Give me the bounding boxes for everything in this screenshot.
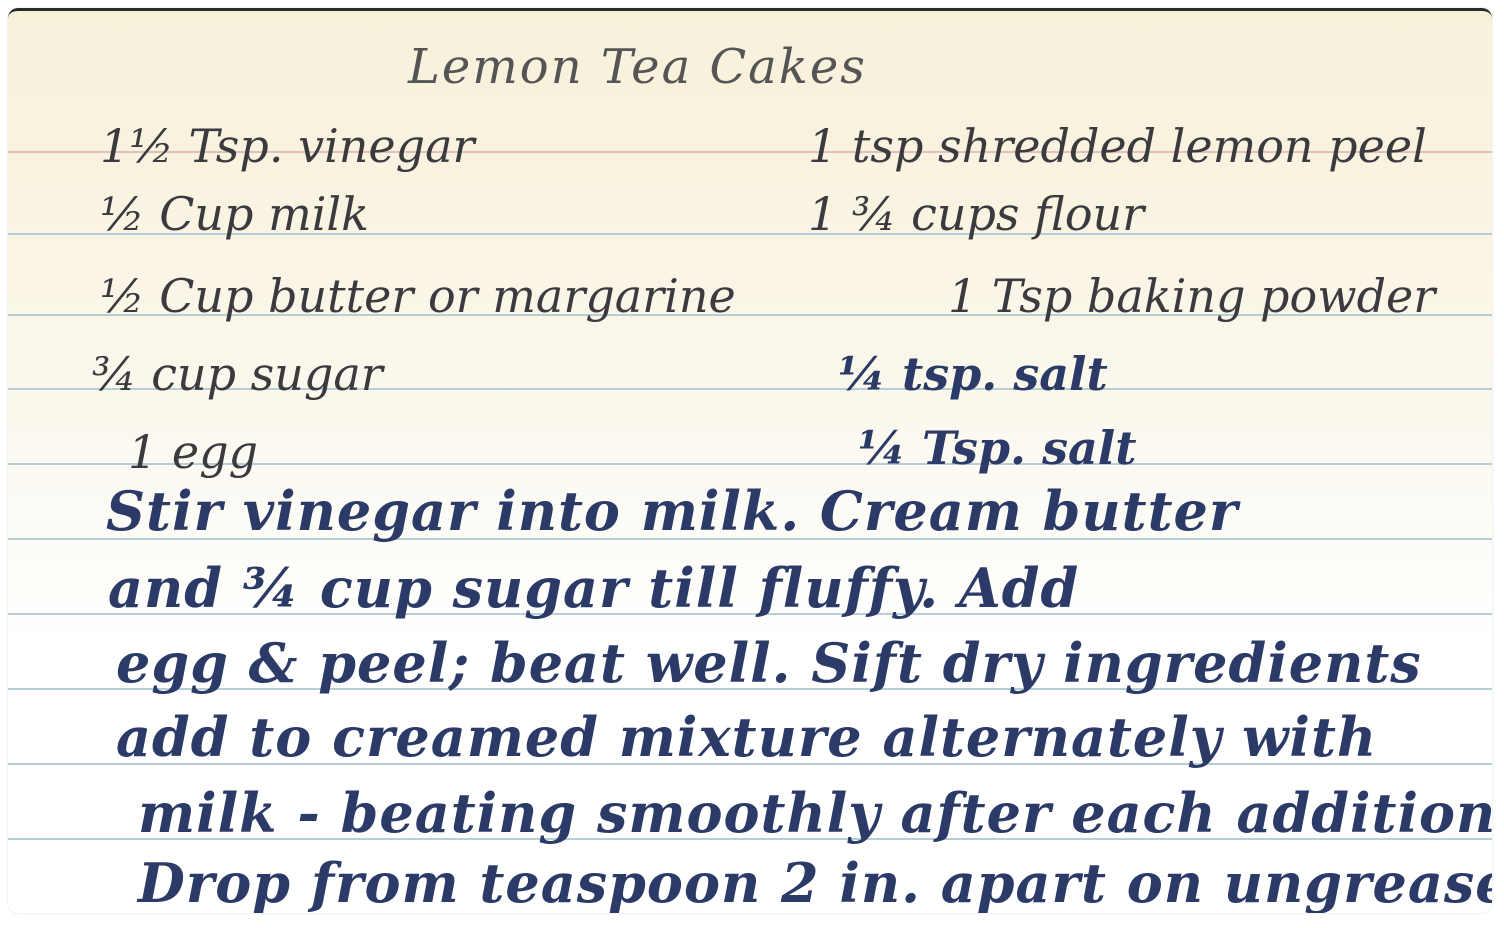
recipe-card: Lemon Tea Cakes 1½ Tsp. vinegar ½ Cup mi… — [8, 8, 1492, 913]
ingredient-left-1: 1½ Tsp. vinegar — [100, 119, 475, 173]
instruction-line-1: Stir vinegar into milk. Cream butter — [106, 479, 1238, 543]
instruction-line-3: egg & peel; beat well. Sift dry ingredie… — [116, 631, 1422, 695]
ingredient-right-2: 1 ¾ cups flour — [808, 187, 1144, 241]
instruction-line-2: and ¾ cup sugar till fluffy. Add — [108, 556, 1079, 620]
instruction-line-5: milk - beating smoothly after each addit… — [138, 781, 1492, 845]
ingredient-left-3: ½ Cup butter or margarine — [100, 269, 736, 323]
ingredient-right-1: 1 tsp shredded lemon peel — [808, 119, 1427, 173]
ingredient-left-5: 1 egg — [128, 425, 258, 479]
instruction-line-6: Drop from teaspoon 2 in. apart on ungrea… — [138, 851, 1492, 913]
ingredient-right-5: ¼ Tsp. salt — [858, 421, 1137, 475]
ingredient-right-3: 1 Tsp baking powder — [948, 269, 1435, 323]
ingredient-right-4: ¼ tsp. salt — [838, 347, 1108, 401]
ingredient-left-4: ¾ cup sugar — [92, 347, 383, 401]
ingredient-left-2: ½ Cup milk — [100, 187, 369, 241]
instruction-line-4: add to creamed mixture alternately with — [116, 705, 1377, 769]
recipe-title: Lemon Tea Cakes — [408, 39, 867, 95]
